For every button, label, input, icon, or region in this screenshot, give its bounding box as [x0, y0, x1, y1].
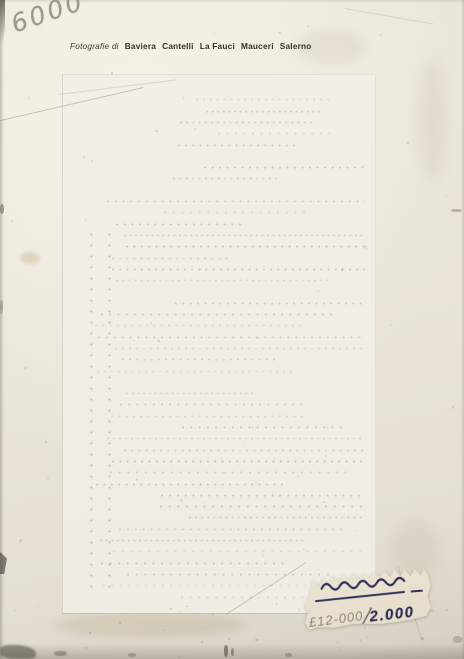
- credit-name: La Fauci: [200, 41, 235, 51]
- ghost-text-row: [95, 324, 304, 327]
- paper-speck: [379, 476, 381, 478]
- ghost-text-row: [122, 358, 275, 361]
- edge-mark: [128, 653, 136, 657]
- paper-speck: [11, 220, 13, 222]
- new-price: 2.000: [369, 605, 415, 625]
- paper-speck: [278, 32, 280, 34]
- scanned-page: 6000 Fotografie diBavieraCantelliLa Fauc…: [0, 0, 464, 659]
- paper-speck: [38, 605, 39, 606]
- stain: [420, 60, 446, 180]
- ghost-text-row: [107, 200, 365, 203]
- paper-speck: [228, 638, 230, 641]
- credit-prefix: Fotografie di: [70, 41, 119, 51]
- paper-speck: [157, 340, 159, 342]
- paper-speck: [360, 639, 362, 641]
- paper-speck: [91, 160, 93, 162]
- edge-mark: [0, 645, 36, 659]
- paper-speck: [180, 499, 182, 502]
- ghost-text-row: [112, 257, 233, 260]
- credit-name: Salerno: [280, 41, 312, 51]
- paper-speck: [298, 609, 300, 611]
- paper-speck: [367, 636, 368, 638]
- price-sticker-paper: £12-000/2.000: [301, 562, 433, 630]
- crease-line: [345, 8, 434, 25]
- paper-speck: [452, 406, 454, 408]
- edge-mark: [231, 648, 234, 656]
- ghost-text-row: [196, 98, 333, 101]
- paper-speck: [307, 25, 309, 27]
- paper-speck: [323, 501, 325, 502]
- ghost-text-row: [181, 596, 315, 599]
- paper-speck: [85, 647, 87, 648]
- ghost-text-row: [126, 392, 257, 395]
- credit-name: Cantelli: [162, 41, 194, 51]
- ghost-text-row: [107, 437, 365, 440]
- ghost-text-row: [161, 494, 365, 497]
- ghost-text-row: [113, 550, 365, 553]
- edge-mark: [0, 204, 4, 214]
- ghost-text-row: [116, 223, 244, 226]
- paper-speck: [402, 228, 404, 230]
- ghost-text-row: [218, 132, 333, 135]
- paper-speck: [150, 322, 152, 324]
- ghost-text-row: [178, 144, 299, 147]
- ghost-text-row: [126, 245, 365, 248]
- ghost-text-row: [101, 562, 290, 565]
- paper-speck: [28, 97, 30, 99]
- paper-speck: [425, 352, 426, 353]
- ghost-text-row: [112, 460, 365, 463]
- ghost-text-row: [115, 347, 365, 350]
- credit-name: Mauceri: [241, 41, 274, 51]
- ghost-text-row: [182, 426, 346, 429]
- paper-speck: [14, 610, 16, 612]
- paper-speck: [194, 128, 196, 129]
- ghost-text-row: [96, 483, 284, 486]
- paper-speck: [325, 455, 327, 456]
- paper-speck: [47, 477, 49, 478]
- paper-speck: [136, 478, 138, 481]
- ghost-text-row: [98, 336, 365, 339]
- paper-speck: [445, 195, 447, 197]
- paper-speck: [308, 514, 310, 516]
- paper-speck: [327, 427, 328, 428]
- paper-speck: [421, 637, 424, 640]
- paper-speck: [278, 495, 279, 497]
- ghost-text-row: [110, 471, 352, 474]
- credit-name: Baviera: [125, 41, 156, 51]
- paper-speck: [449, 168, 450, 170]
- ghost-text-row: [101, 313, 335, 316]
- paper-speck: [390, 324, 392, 326]
- ghost-text-column: [108, 233, 111, 593]
- paper-speck: [364, 246, 366, 249]
- edge-mark: [285, 653, 292, 657]
- edge-mark: [54, 651, 67, 656]
- paper-speck: [255, 639, 257, 641]
- ghost-text-column: [90, 233, 93, 589]
- paper-speck: [81, 516, 82, 517]
- paper-speck: [364, 628, 366, 630]
- ghost-text-row: [206, 110, 322, 113]
- edge-mark: [453, 636, 462, 643]
- ghost-text-row: [111, 415, 303, 418]
- ghost-text-row: [124, 449, 365, 452]
- ghost-text-area: [62, 74, 376, 614]
- paper-speck: [363, 165, 365, 167]
- paper-speck: [407, 142, 409, 144]
- paper-speck: [200, 269, 201, 270]
- ghost-text-row: [119, 528, 348, 531]
- ghost-text-row: [100, 539, 304, 542]
- paper-speck: [319, 131, 321, 132]
- paper-speck: [369, 607, 371, 610]
- paper-speck: [52, 152, 53, 153]
- paper-speck: [262, 554, 264, 556]
- ghost-text-row: [173, 177, 277, 180]
- paper-speck: [431, 513, 432, 514]
- ghost-text-row: [160, 505, 365, 508]
- paper-speck: [19, 539, 21, 541]
- stain: [55, 612, 245, 638]
- ghost-text-row: [116, 279, 333, 282]
- ghost-text-row: [124, 234, 365, 237]
- edge-mark: [0, 0, 5, 44]
- edge-mark: [224, 645, 228, 657]
- paper-speck: [252, 426, 253, 427]
- dash-mark: [410, 589, 423, 592]
- paper-speck: [214, 88, 215, 89]
- price-sticker: £12-000/2.000: [301, 562, 433, 630]
- paper-speck: [183, 97, 184, 99]
- paper-speck: [255, 482, 256, 483]
- edge-mark: [0, 300, 3, 314]
- paper-speck: [295, 628, 296, 629]
- paper-speck: [431, 610, 433, 612]
- edge-mark: [451, 209, 462, 212]
- paper-speck: [24, 367, 26, 370]
- ghost-text-row: [97, 370, 294, 373]
- stain: [20, 252, 40, 264]
- paper-speck: [297, 475, 299, 477]
- ghost-text-row: [120, 403, 303, 406]
- photo-credit-line: Fotografie diBavieraCantelliLa FauciMauc…: [70, 41, 318, 51]
- paper-speck: [341, 268, 343, 270]
- ghost-text-row: [180, 121, 312, 124]
- paper-speck: [380, 34, 382, 36]
- paper-speck: [83, 156, 85, 158]
- handwritten-price: £12-000/2.000: [307, 598, 415, 629]
- paper-speck: [446, 609, 448, 611]
- old-price: £12-000: [308, 609, 364, 629]
- paper-speck: [396, 611, 397, 613]
- paper-speck: [45, 441, 47, 443]
- paper-speck: [89, 632, 91, 634]
- paper-speck: [213, 33, 215, 35]
- ghost-text-row: [164, 211, 307, 214]
- handwritten-number: 6000: [7, 0, 88, 39]
- squiggle-mark: [318, 572, 411, 592]
- ghost-text-row: [204, 166, 365, 169]
- ghost-text-row: [189, 516, 365, 519]
- ghost-text-row: [175, 302, 365, 305]
- ghost-text-row: [112, 268, 365, 271]
